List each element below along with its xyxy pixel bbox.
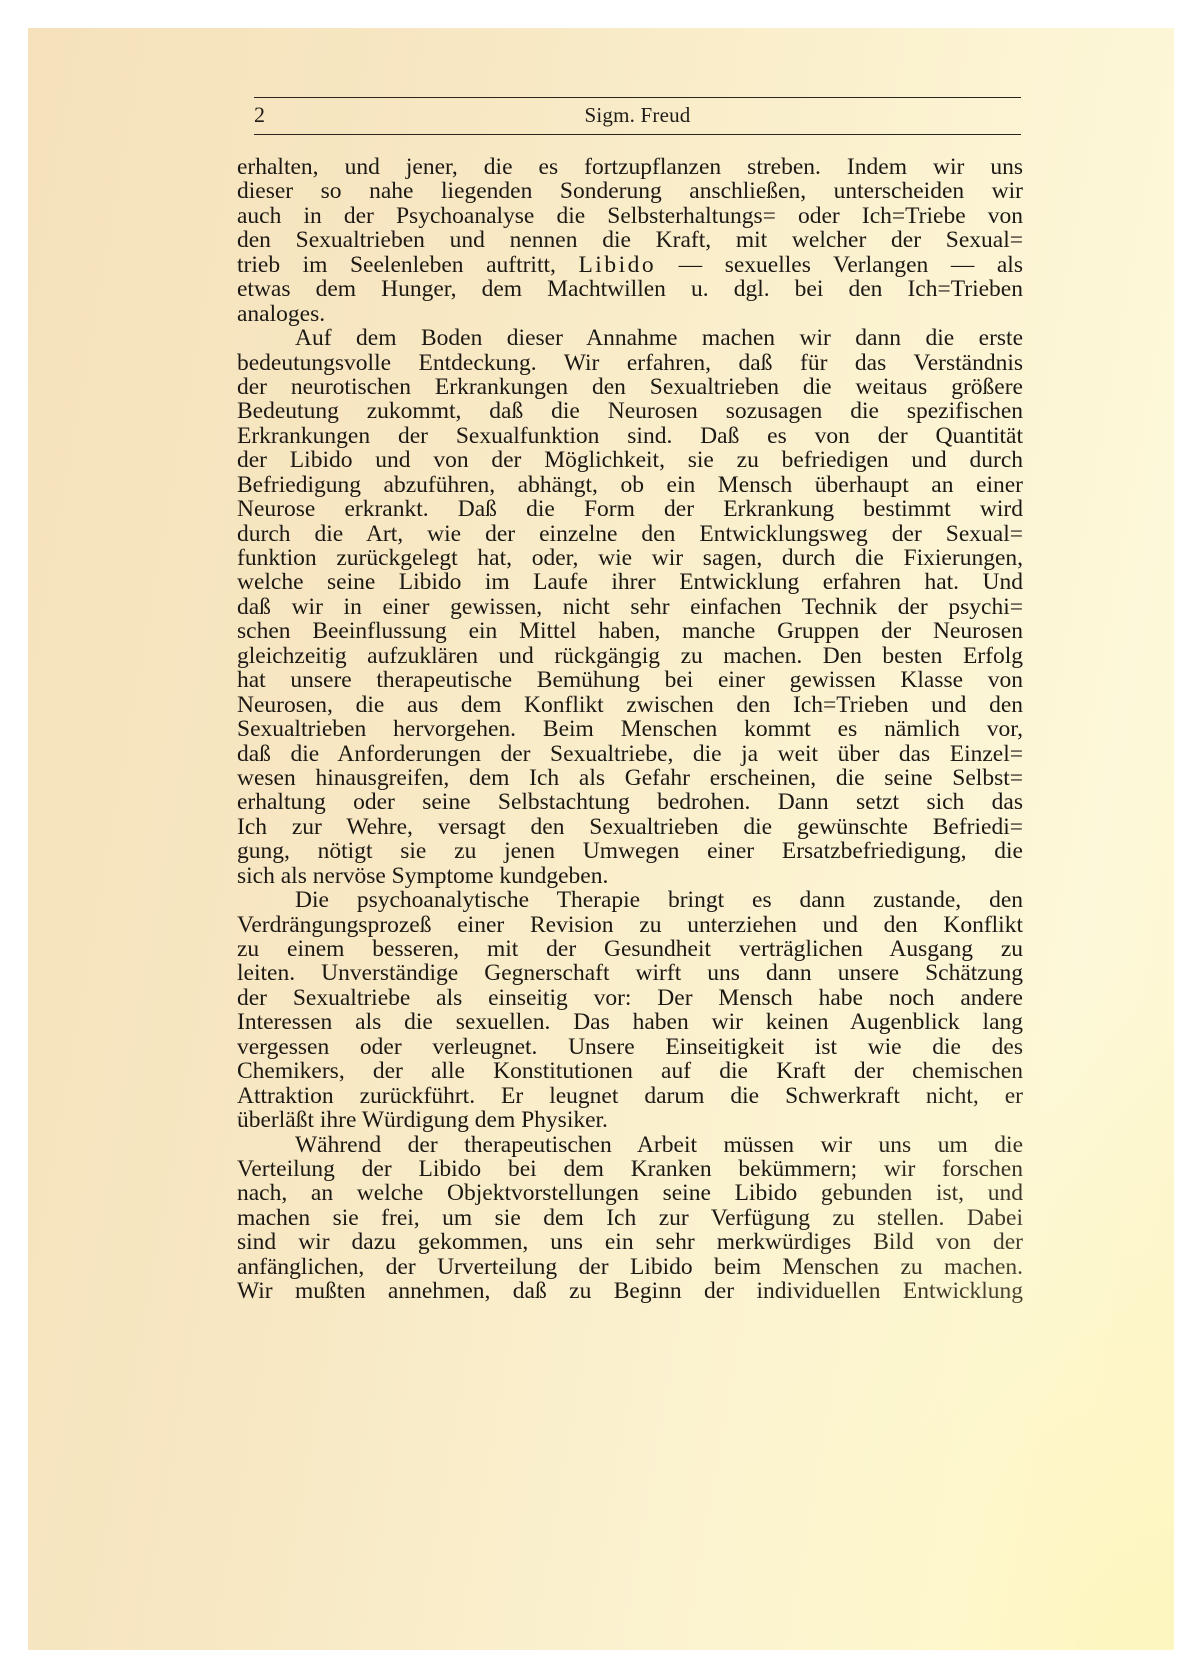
- text-line: Verteilung der Libido bei dem Kranken be…: [237, 1157, 1023, 1181]
- text-line: erhaltung oder seine Selbstachtung bedro…: [237, 790, 1023, 814]
- scanned-page: 2 Sigm. Freud erhalten, und jener, die e…: [28, 28, 1174, 1650]
- text-line: hat unsere therapeutische Bemühung bei e…: [237, 668, 1023, 692]
- text-line: dieser so nahe liegenden Sonderung ansch…: [237, 179, 1023, 203]
- text-line: Neurosen, die aus dem Konflikt zwischen …: [237, 693, 1023, 717]
- text-line: trieb im Seelenleben auftritt, Libido — …: [237, 253, 1023, 277]
- text-line: Sexualtrieben hervorgehen. Beim Menschen…: [237, 717, 1023, 741]
- text-line: schen Beeinflussung ein Mittel haben, ma…: [237, 619, 1023, 643]
- text-line: Erkrankungen der Sexualfunktion sind. Da…: [237, 424, 1023, 448]
- text-line: etwas dem Hunger, dem Machtwillen u. dgl…: [237, 277, 1023, 301]
- text-line: der neurotischen Erkrankungen den Sexual…: [237, 375, 1023, 399]
- text-line: Während der therapeutischen Arbeit müsse…: [237, 1133, 1023, 1157]
- text-line: Wir mußten annehmen, daß zu Beginn der i…: [237, 1279, 1023, 1303]
- text-line: leiten. Unverständige Gegnerschaft wirft…: [237, 961, 1023, 985]
- text-line: erhalten, und jener, die es fortzupflanz…: [237, 155, 1023, 179]
- text-line: Attraktion zurückführt. Er leugnet darum…: [237, 1084, 1023, 1108]
- text-line: Die psychoanalytische Therapie bringt es…: [237, 888, 1023, 912]
- text-line: Auf dem Boden dieser Annahme machen wir …: [237, 326, 1023, 350]
- text-line: Neurose erkrankt. Daß die Form der Erkra…: [237, 497, 1023, 521]
- header-bottom-rule: [254, 134, 1021, 135]
- text-line: Befriedigung abzuführen, abhängt, ob ein…: [237, 473, 1023, 497]
- text-line: gung, nötigt sie zu jenen Umwegen einer …: [237, 839, 1023, 863]
- text-line: Bedeutung zukommt, daß die Neurosen sozu…: [237, 399, 1023, 423]
- text-line: daß die Anforderungen der Sexualtriebe, …: [237, 742, 1023, 766]
- text-line: den Sexualtrieben und nennen die Kraft, …: [237, 228, 1023, 252]
- body-text: erhalten, und jener, die es fortzupflanz…: [237, 155, 1023, 1304]
- text-line: analoges.: [237, 302, 1023, 326]
- text-line: machen sie frei, um sie dem Ich zur Verf…: [237, 1206, 1023, 1230]
- text-line: zu einem besseren, mit der Gesundheit ve…: [237, 937, 1023, 961]
- text-line: nach, an welche Objektvorstellungen sein…: [237, 1181, 1023, 1205]
- text-line: der Sexualtriebe als einseitig vor: Der …: [237, 986, 1023, 1010]
- text-line: anfänglichen, der Urverteilung der Libid…: [237, 1255, 1023, 1279]
- text-line: daß wir in einer gewissen, nicht sehr ei…: [237, 595, 1023, 619]
- text-line: Ich zur Wehre, versagt den Sexualtrieben…: [237, 815, 1023, 839]
- text-line: Chemikers, der alle Konstitutionen auf d…: [237, 1059, 1023, 1083]
- text-line: auch in der Psychoanalyse die Selbsterha…: [237, 204, 1023, 228]
- text-line: Interessen als die sexuellen. Das haben …: [237, 1010, 1023, 1034]
- emphasized-term: Libido: [578, 252, 656, 278]
- running-title: Sigm. Freud: [254, 101, 1021, 129]
- text-line: der Libido und von der Möglichkeit, sie …: [237, 448, 1023, 472]
- text-line: durch die Art, wie der einzelne den Entw…: [237, 522, 1023, 546]
- text-line: bedeutungsvolle Entdeckung. Wir erfahren…: [237, 351, 1023, 375]
- text-line: sind wir dazu gekommen, uns ein sehr mer…: [237, 1230, 1023, 1254]
- text-line: vergessen oder verleugnet. Unsere Einsei…: [237, 1035, 1023, 1059]
- text-line: sich als nervöse Symptome kundgeben.: [237, 864, 1023, 888]
- text-line: überläßt ihre Würdigung dem Physiker.: [237, 1108, 1023, 1132]
- running-head: 2 Sigm. Freud: [254, 101, 1021, 129]
- text-line: funktion zurückgelegt hat, oder, wie wir…: [237, 546, 1023, 570]
- header-top-rule: [254, 97, 1021, 98]
- text-line: gleichzeitig aufzuklären und rückgängig …: [237, 644, 1023, 668]
- text-line: Verdrängungsprozeß einer Revision zu unt…: [237, 913, 1023, 937]
- text-line: welche seine Libido im Laufe ihrer Entwi…: [237, 570, 1023, 594]
- text-line: wesen hinausgreifen, dem Ich als Gefahr …: [237, 766, 1023, 790]
